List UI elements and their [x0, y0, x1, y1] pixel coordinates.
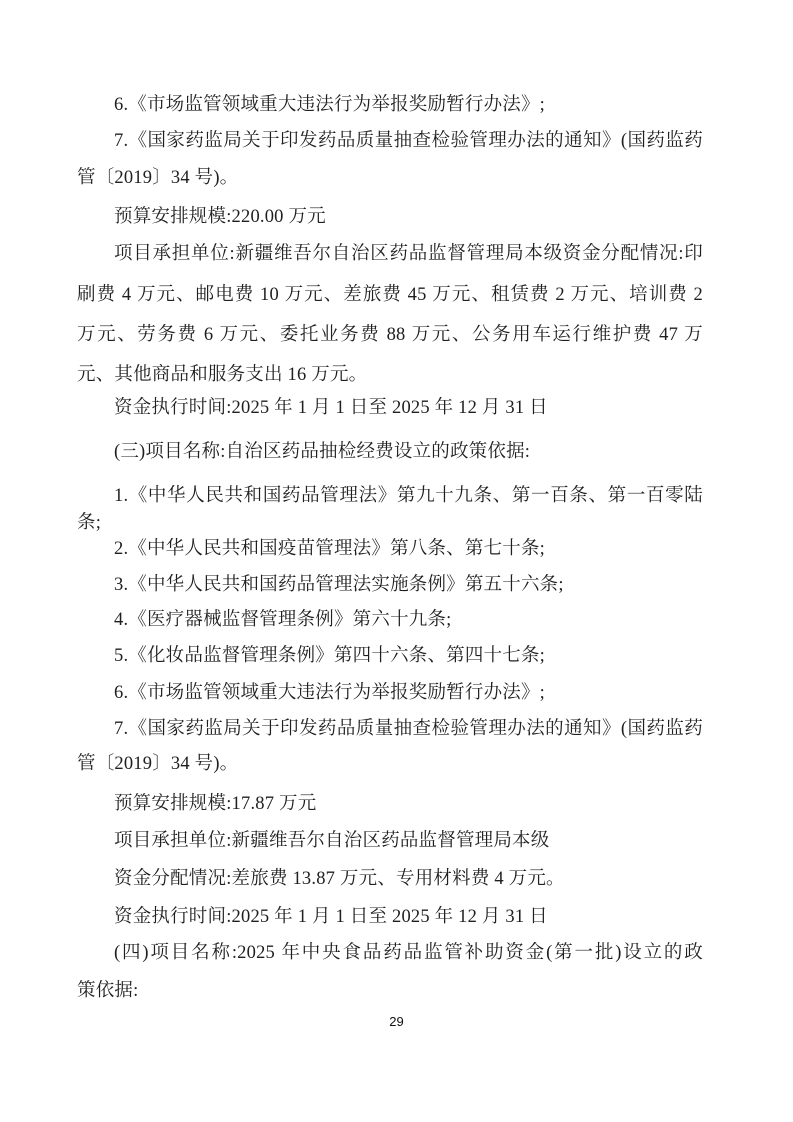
doc-line-undertaking-unit-2: 项目承担单位:新疆维吾尔自治区药品监督管理局本级 — [77, 829, 703, 853]
doc-line-project-4-title-cont: 策依据: — [77, 979, 703, 1003]
doc-line-fund-allocation-1b: 万元、劳务费 6 万元、委托业务费 88 万元、公务用车运行维护费 47 万 — [77, 323, 703, 347]
doc-line-execution-time-1: 资金执行时间:2025 年 1 月 1 日至 2025 年 12 月 31 日 — [77, 396, 703, 420]
page-number: 29 — [0, 1014, 793, 1029]
doc-line-budget-scale-220: 预算安排规模:220.00 万元 — [77, 205, 703, 229]
doc-line-budget-scale-17-87: 预算安排规模:17.87 万元 — [77, 792, 703, 816]
doc-line-execution-time-2: 资金执行时间:2025 年 1 月 1 日至 2025 年 12 月 31 日 — [77, 905, 703, 929]
doc-line-policy-item-7: 7.《国家药监局关于印发药品质量抽查检验管理办法的通知》(国药监药 — [77, 129, 703, 153]
doc-line-basis-item-1: 1.《中华人民共和国药品管理法》第九十九条、第一百条、第一百零陆 — [77, 484, 703, 508]
doc-line-basis-item-1-cont: 条; — [77, 511, 703, 535]
doc-line-basis-item-2: 2.《中华人民共和国疫苗管理法》第八条、第七十条; — [77, 537, 703, 561]
doc-line-project-4-title: (四)项目名称:2025 年中央食品药品监管补助资金(第一批)设立的政 — [77, 941, 703, 965]
doc-line-policy-item-6: 6.《市场监管领域重大违法行为举报奖励暂行办法》; — [77, 93, 703, 117]
doc-line-undertaking-unit-1: 项目承担单位:新疆维吾尔自治区药品监督管理局本级资金分配情况:印 — [77, 242, 703, 266]
doc-line-fund-allocation-1c: 元、其他商品和服务支出 16 万元。 — [77, 363, 703, 387]
document-page: 6.《市场监管领域重大违法行为举报奖励暂行办法》; 7.《国家药监局关于印发药品… — [0, 0, 793, 1122]
doc-line-basis-item-3: 3.《中华人民共和国药品管理法实施条例》第五十六条; — [77, 573, 703, 597]
doc-line-basis-item-4: 4.《医疗器械监督管理条例》第六十九条; — [77, 608, 703, 632]
doc-line-basis-item-6: 6.《市场监管领域重大违法行为举报奖励暂行办法》; — [77, 681, 703, 705]
doc-line-basis-item-5: 5.《化妆品监督管理条例》第四十六条、第四十七条; — [77, 644, 703, 668]
doc-line-project-3-title: (三)项目名称:自治区药品抽检经费设立的政策依据: — [77, 440, 703, 464]
doc-line-fund-allocation-1a: 刷费 4 万元、邮电费 10 万元、差旅费 45 万元、租赁费 2 万元、培训费… — [77, 283, 703, 307]
doc-line-policy-item-7-cont: 管〔2019〕34 号)。 — [77, 166, 703, 190]
doc-line-basis-item-7: 7.《国家药监局关于印发药品质量抽查检验管理办法的通知》(国药监药 — [77, 717, 703, 741]
doc-line-basis-item-7-cont: 管〔2019〕34 号)。 — [77, 752, 703, 776]
doc-line-fund-allocation-2: 资金分配情况:差旅费 13.87 万元、专用材料费 4 万元。 — [77, 867, 703, 891]
